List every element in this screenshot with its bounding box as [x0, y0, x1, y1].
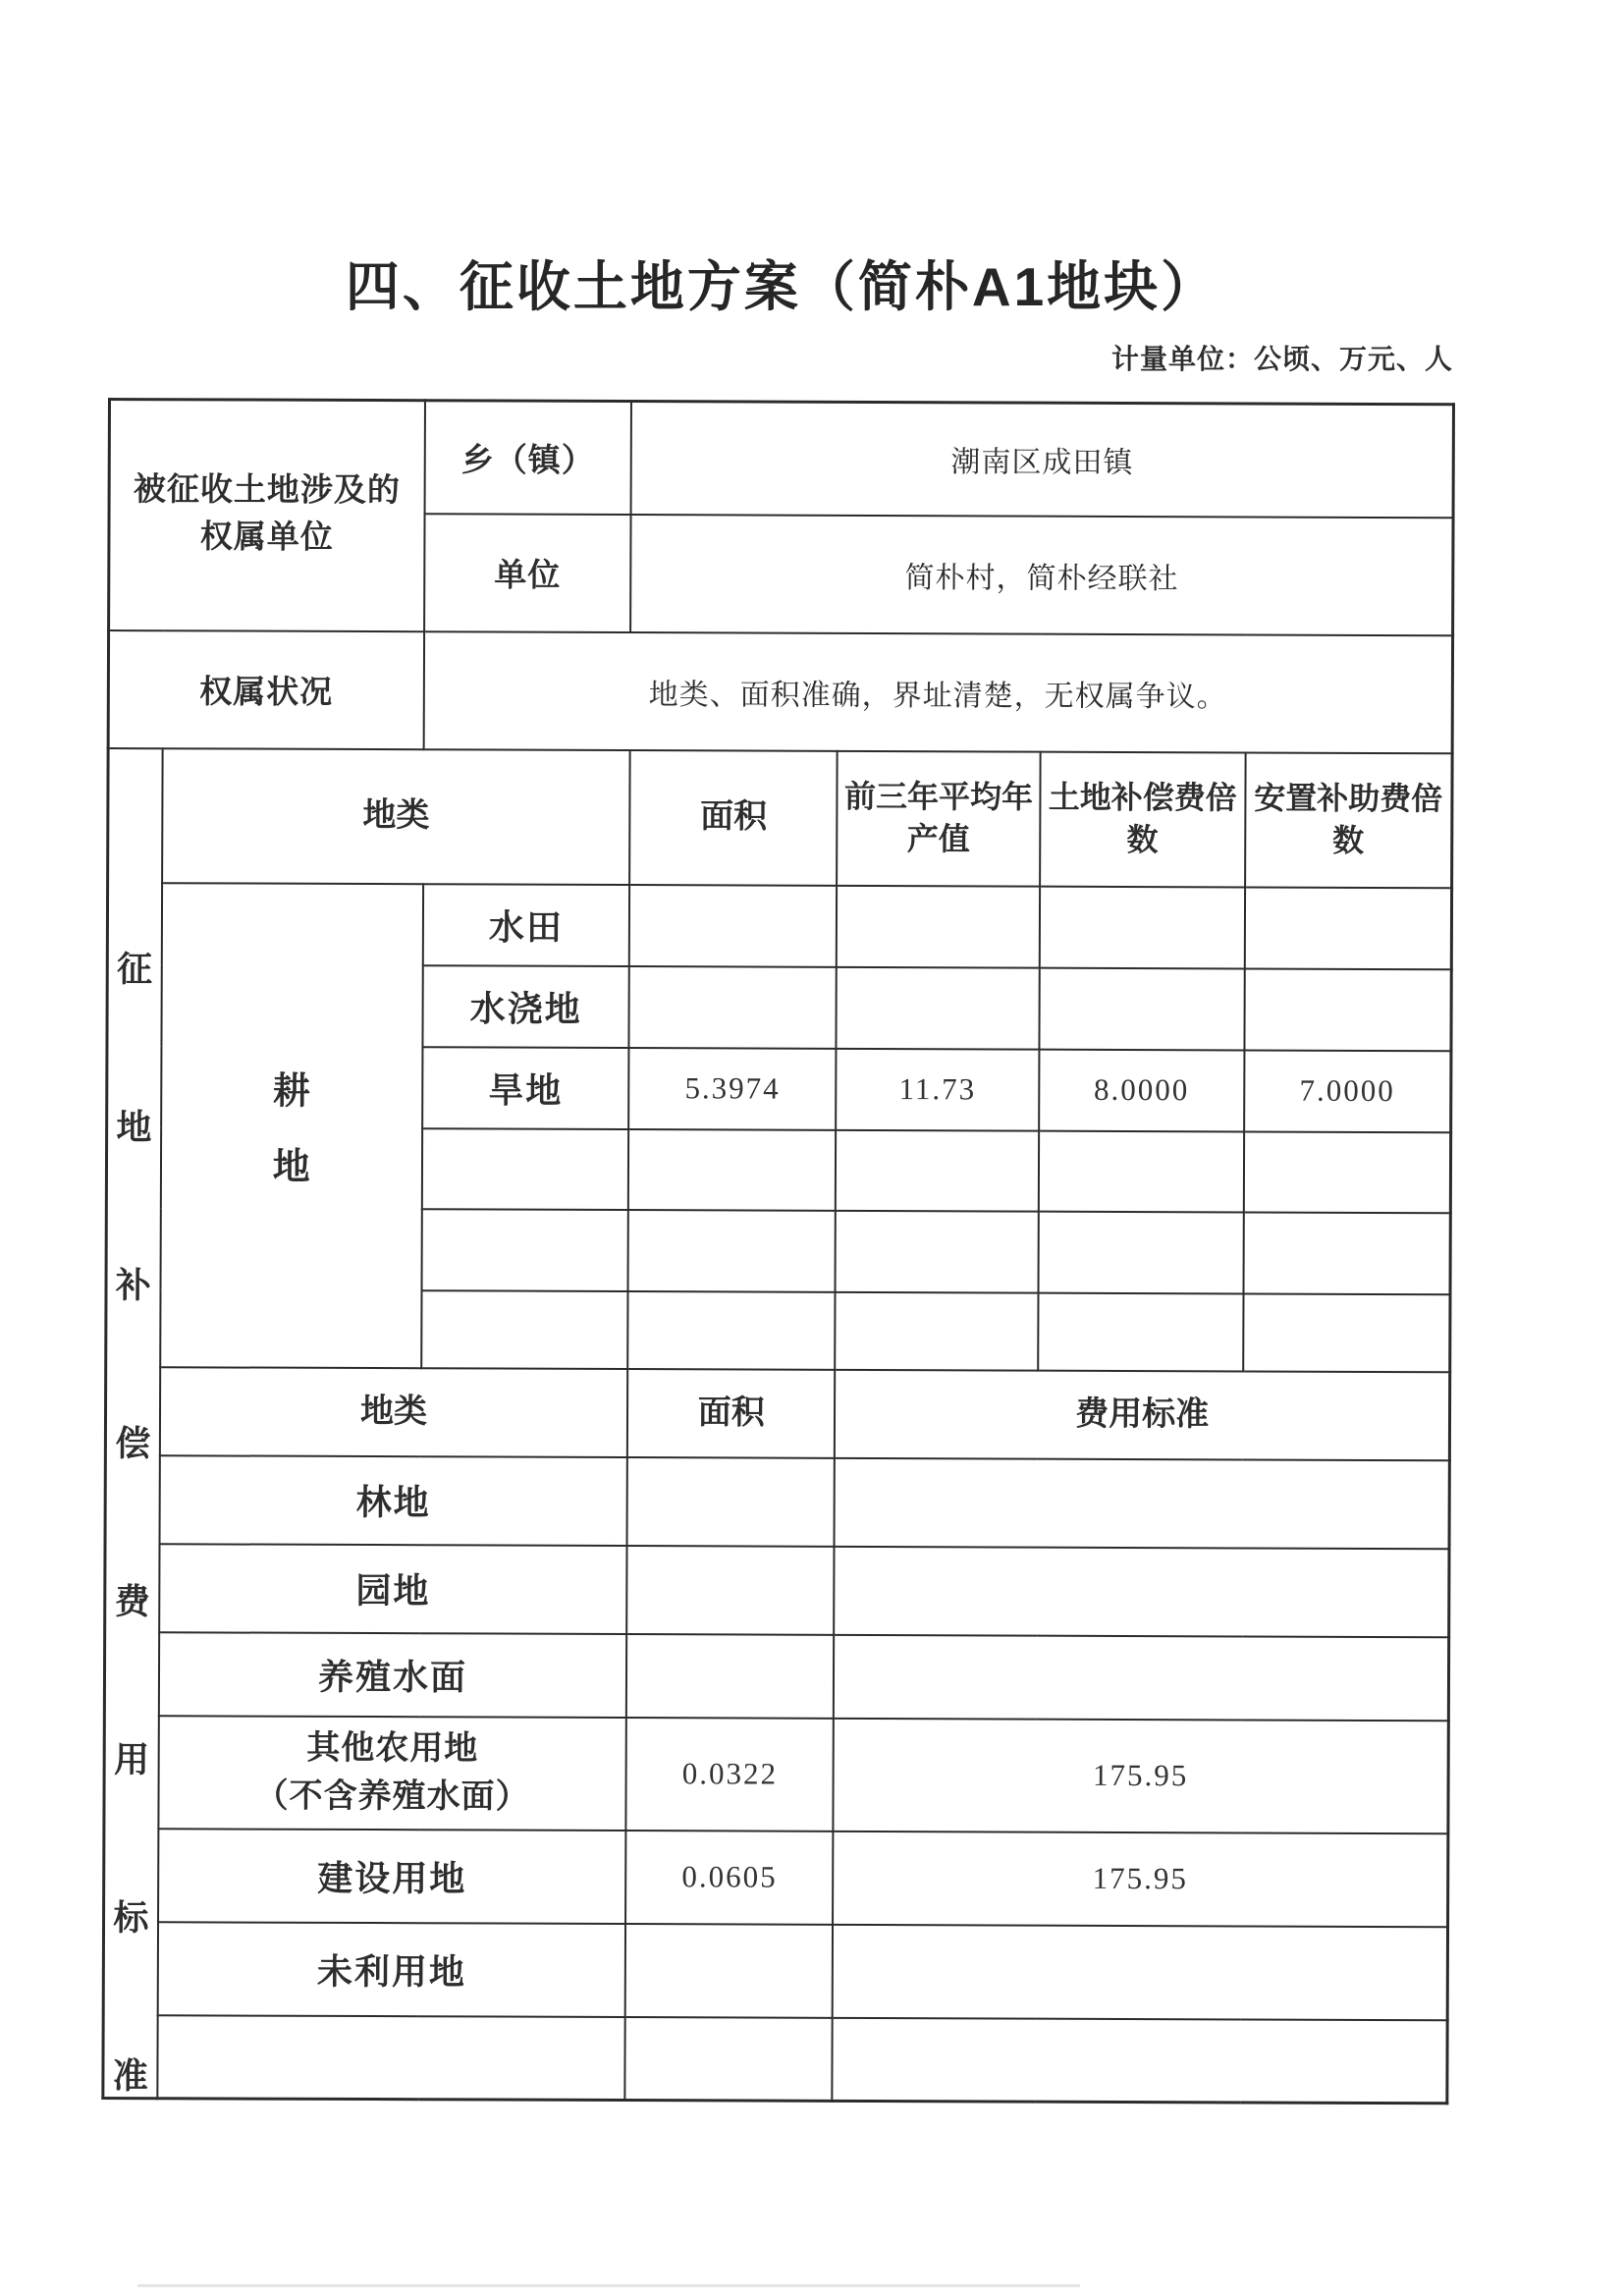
area-cell — [629, 966, 837, 1049]
land-expropriation-table: 被征收土地涉及的 权属单位 乡（镇） 潮南区成田镇 单位 简朴村，简朴经联社 权… — [101, 398, 1455, 2105]
output-cell — [836, 1210, 1039, 1292]
resettle-multiple-cell — [1243, 1293, 1450, 1372]
unit-label: 单位 — [424, 514, 631, 632]
t2-header-fee: 费用标准 — [835, 1369, 1450, 1459]
landtype-cell: 旱地 — [422, 1047, 629, 1129]
row-other-agricultural: 其他农用地 （不含养殖水面） 0.0322 175.95 — [104, 1715, 1448, 1832]
land-multiple-cell — [1040, 886, 1245, 968]
output-cell — [835, 1291, 1038, 1370]
side-char: 费 — [115, 1574, 150, 1624]
row-construction: 建设用地 0.0605 175.95 — [104, 1828, 1448, 1926]
side-char: 偿 — [115, 1416, 150, 1466]
resettle-multiple-cell — [1244, 887, 1451, 969]
landtype-cell: 养殖水面 — [159, 1632, 627, 1718]
area-cell — [628, 1291, 836, 1370]
landtype-cell — [421, 1128, 628, 1210]
area-cell — [625, 2017, 833, 2102]
township-value: 潮南区成田镇 — [631, 402, 1454, 518]
land-multiple-cell — [1039, 1130, 1244, 1212]
output-cell — [837, 966, 1040, 1049]
land-expropriation-table-wrapper: 被征收土地涉及的 权属单位 乡（镇） 潮南区成田镇 单位 简朴村，简朴经联社 权… — [101, 398, 1455, 2105]
row-table2-header: 地类 面积 费用标准 — [105, 1366, 1449, 1459]
fee-cell: 175.95 — [834, 1718, 1449, 1832]
township-label: 乡（镇） — [424, 401, 631, 515]
row-garden: 园地 — [105, 1543, 1449, 1636]
landtype-cell — [421, 1209, 628, 1291]
t2-header-landtype: 地类 — [160, 1367, 628, 1457]
t1-header-landtype: 地类 — [162, 748, 630, 885]
landtype-cell — [421, 1290, 628, 1369]
row-aquaculture: 养殖水面 — [104, 1631, 1448, 1720]
fee-cell — [833, 2017, 1448, 2103]
land-multiple-cell — [1038, 1292, 1243, 1371]
measurement-unit-note: 计量单位：公顷、万元、人 — [1111, 338, 1453, 377]
resettle-multiple-cell — [1243, 1212, 1450, 1294]
t2-header-area: 面积 — [627, 1369, 835, 1458]
resettle-multiple-cell — [1244, 1131, 1451, 1213]
ownership-status-value: 地类、面积准确，界址清楚，无权属争议。 — [423, 631, 1452, 753]
unit-value: 简朴村，简朴经联社 — [631, 515, 1454, 635]
page-title: 四、征收土地方案（简朴A1地块） — [108, 244, 1455, 321]
side-char: 征 — [117, 942, 152, 992]
land-multiple-cell: 8.0000 — [1039, 1049, 1244, 1131]
side-char: 用 — [114, 1732, 149, 1782]
area-cell — [629, 885, 837, 967]
area-cell — [627, 1457, 835, 1547]
landtype-cell: 林地 — [159, 1455, 627, 1546]
row-forest: 林地 — [105, 1454, 1449, 1548]
area-cell: 0.0605 — [625, 1831, 833, 1925]
row-table1-header: 征 地 补 偿 费 用 标 准 地类 面积 前三年平均年产值 土地补偿费倍数 安… — [108, 748, 1453, 888]
row-unused: 未利用地 — [103, 1921, 1447, 2019]
landtype-cell: 水浇地 — [422, 965, 629, 1048]
landtype-cell: 园地 — [159, 1544, 627, 1634]
group-char: 耕 — [273, 1061, 310, 1115]
output-cell — [837, 885, 1040, 967]
area-cell — [625, 1924, 833, 2018]
side-vertical-text: 征 地 补 偿 费 用 标 准 — [104, 749, 161, 2098]
landtype-cell: 未利用地 — [157, 1922, 625, 2017]
landtype-cell — [157, 2015, 625, 2101]
scan-artifact-line — [137, 2284, 1080, 2287]
land-multiple-cell — [1039, 967, 1244, 1050]
landtype-cell: 建设用地 — [158, 1829, 626, 1924]
output-cell: 11.73 — [836, 1048, 1039, 1130]
fee-cell — [835, 1457, 1450, 1548]
area-cell — [628, 1210, 836, 1292]
scanned-document-page: 四、征收土地方案（简朴A1地块） 计量单位：公顷、万元、人 被征收土地涉及的 权… — [0, 0, 1623, 2296]
land-multiple-cell — [1038, 1211, 1243, 1293]
area-cell — [627, 1546, 835, 1635]
compensation-standard-side-label: 征 地 补 偿 费 用 标 准 — [103, 748, 162, 2099]
side-char: 准 — [113, 2049, 148, 2099]
fee-cell — [833, 1924, 1448, 2019]
output-cell — [836, 1129, 1039, 1211]
side-char: 补 — [116, 1258, 151, 1308]
fee-cell — [834, 1546, 1449, 1636]
row-empty — [103, 2014, 1447, 2103]
area-cell: 0.0322 — [626, 1718, 834, 1831]
row-paddy: 耕 地 水田 — [107, 883, 1451, 969]
group-char: 地 — [273, 1136, 310, 1190]
cultivated-land-group: 耕 地 — [160, 883, 423, 1368]
ownership-status-label: 权属状况 — [108, 630, 424, 749]
t1-header-area: 面积 — [630, 750, 838, 886]
fee-cell: 175.95 — [833, 1831, 1448, 1926]
landtype-cell: 水田 — [422, 884, 629, 966]
fee-cell — [834, 1634, 1449, 1720]
resettle-multiple-cell — [1244, 968, 1451, 1051]
area-cell: 5.3974 — [629, 1048, 837, 1130]
ownership-units-header: 被征收土地涉及的 权属单位 — [109, 400, 425, 631]
t1-header-resettle-multiple: 安置补助费倍数 — [1245, 752, 1452, 888]
side-char: 地 — [116, 1100, 151, 1150]
row-ownership-status: 权属状况 地类、面积准确，界址清楚，无权属争议。 — [108, 630, 1452, 753]
side-char: 标 — [113, 1890, 148, 1941]
row-township: 被征收土地涉及的 权属单位 乡（镇） 潮南区成田镇 — [109, 400, 1453, 518]
t1-header-output: 前三年平均年产值 — [837, 750, 1040, 886]
area-cell — [628, 1129, 836, 1211]
landtype-cell: 其他农用地 （不含养殖水面） — [158, 1716, 626, 1831]
t1-header-land-multiple: 土地补偿费倍数 — [1040, 751, 1245, 887]
resettle-multiple-cell: 7.0000 — [1244, 1050, 1451, 1132]
area-cell — [626, 1634, 834, 1719]
cultivated-land-vertical-text: 耕 地 — [168, 1060, 415, 1190]
